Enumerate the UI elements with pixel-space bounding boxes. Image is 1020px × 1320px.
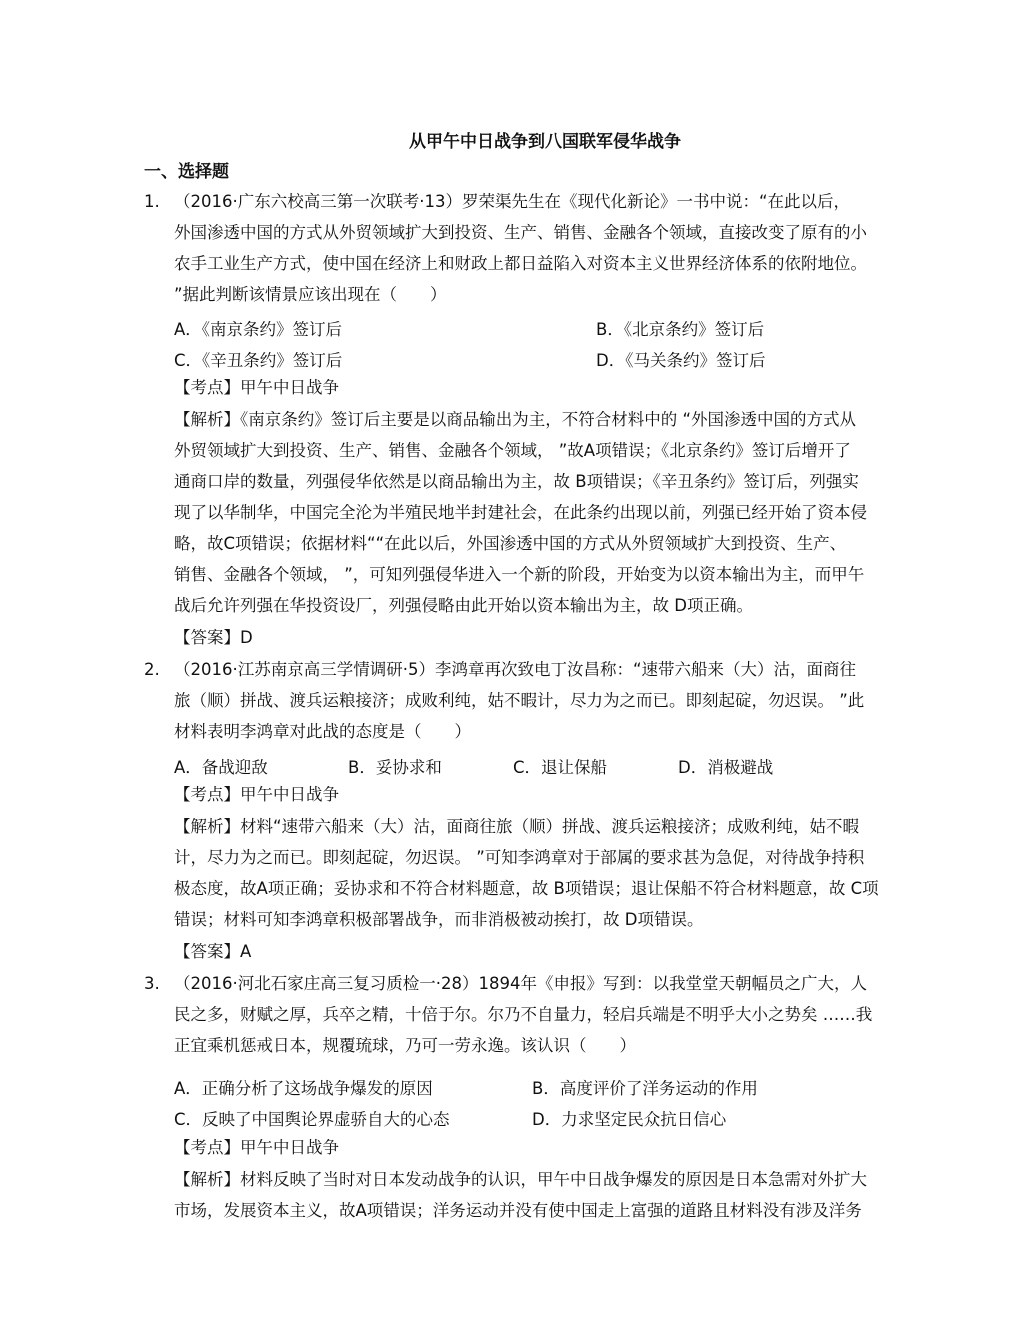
document-title: 从甲午中日战争到八国联军侵华战争 bbox=[0, 127, 1020, 152]
option-d: D．消极避战 bbox=[678, 754, 773, 778]
jiexi-line: 销售、金融各个领域， ”，可知列强侵华进入一个新的阶段，开始变为以资本输出为主，… bbox=[174, 565, 864, 585]
kaodian-label: 【考点】甲午中日战争 bbox=[174, 1138, 339, 1158]
option-c: C．退让保船 bbox=[513, 754, 607, 778]
jiexi-line: 战后允许列强在华投资设厂，列强侵略由此开始以资本输出为主，故 D项正确。 bbox=[174, 596, 753, 616]
question-stem-line: 材料表明李鸿章对此战的态度是（ ） bbox=[174, 722, 471, 742]
jiexi-line: 外贸领域扩大到投资、生产、销售、金融各个领域， ”故A项错误；《北京条约》签订后… bbox=[174, 441, 851, 461]
option-b: B．妥协求和 bbox=[348, 754, 442, 778]
jiexi-line: 通商口岸的数量，列强侵华依然是以商品输出为主，故 B项错误；《辛丑条约》签订后，… bbox=[174, 472, 859, 492]
question-number: 2. bbox=[144, 660, 160, 679]
option-c: C．《辛丑条约》签订后 bbox=[174, 347, 342, 371]
jiexi-line: 略，故C项错误；依据材料““在此以后，外国渗透中国的方式从外贸领域扩大到投资、生… bbox=[174, 534, 846, 554]
question-stem-line: 农手工业生产方式，使中国在经济上和财政上都日益陷入对资本主义世界经济体系的依附地… bbox=[174, 254, 867, 274]
option-a: A．《南京条约》签订后 bbox=[174, 316, 342, 340]
jiexi-line: 计，尽力为之而已。即刻起碇，勿迟误。 ”可知李鸿章对于部属的要求甚为急促，对待战… bbox=[174, 848, 864, 868]
jiexi-line: 【解析】材料“速带六船来（大）沽，面商往旅（顺）拼战、渡兵运粮接济；成败利纯，姑… bbox=[174, 817, 859, 837]
jiexi-line: 错误；材料可知李鸿章积极部署战争，而非消极被动挨打，故 D项错误。 bbox=[174, 910, 703, 930]
option-d: D．《马关条约》签订后 bbox=[596, 347, 765, 371]
kaodian-label: 【考点】甲午中日战争 bbox=[174, 378, 339, 398]
option-b: B．高度评价了洋务运动的作用 bbox=[532, 1075, 758, 1099]
question-stem-line: 民之多，财赋之厚，兵卒之精，十倍于尔。尔乃不自量力，轻启兵端是不明乎大小之势矣 … bbox=[174, 1005, 872, 1025]
option-b: B．《北京条约》签订后 bbox=[596, 316, 764, 340]
answer-label: 【答案】A bbox=[174, 942, 251, 962]
option-a: A．备战迎敌 bbox=[174, 754, 268, 778]
answer-label: 【答案】D bbox=[174, 628, 253, 648]
question-stem-line: ”据此判断该情景应该出现在（ ） bbox=[174, 285, 447, 305]
question-stem-line: （2016·广东六校高三第一次联考·13）罗荣渠先生在《现代化新论》一书中说：“… bbox=[174, 192, 850, 212]
question-number: 1. bbox=[144, 192, 160, 211]
jiexi-line: 【解析】材料反映了当时对日本发动战争的认识，甲午中日战争爆发的原因是日本急需对外… bbox=[174, 1170, 867, 1190]
document-page: 从甲午中日战争到八国联军侵华战争 一、选择题 1. （2016·广东六校高三第一… bbox=[0, 0, 1020, 1320]
jiexi-line: 极态度，故A项正确；妥协求和不符合材料题意，故 B项错误；退让保船不符合材料题意… bbox=[174, 879, 879, 899]
jiexi-line: 现了以华制华，中国完全沦为半殖民地半封建社会，在此条约出现以前，列强已经开始了资… bbox=[174, 503, 867, 523]
option-c: C．反映了中国舆论界虚骄自大的心态 bbox=[174, 1106, 450, 1130]
section-heading: 一、选择题 bbox=[144, 157, 229, 182]
question-stem-line: （2016·江苏南京高三学情调研·5）李鸿章再次致电丁汝昌称：“速带六船来（大）… bbox=[174, 660, 856, 680]
option-a: A．正确分析了这场战争爆发的原因 bbox=[174, 1075, 433, 1099]
question-stem-line: 外国渗透中国的方式从外贸领域扩大到投资、生产、销售、金融各个领域，直接改变了原有… bbox=[174, 223, 867, 243]
option-d: D．力求坚定民众抗日信心 bbox=[532, 1106, 726, 1130]
jiexi-line: 市场，发展资本主义，故A项错误；洋务运动并没有使中国走上富强的道路且材料没有涉及… bbox=[174, 1201, 862, 1221]
question-number: 3. bbox=[144, 974, 160, 993]
question-stem-line: 旅（顺）拼战、渡兵运粮接济；成败利纯，姑不暇计，尽力为之而已。即刻起碇，勿迟误。… bbox=[174, 691, 864, 711]
question-stem-line: 正宜乘机惩戒日本，规覆琉球，乃可一劳永逸。该认识（ ） bbox=[174, 1036, 636, 1056]
kaodian-label: 【考点】甲午中日战争 bbox=[174, 785, 339, 805]
question-stem-line: （2016·河北石家庄高三复习质检一·28）1894年《申报》写到：以我堂堂天朝… bbox=[174, 974, 867, 994]
jiexi-line: 【解析】《南京条约》签订后主要是以商品输出为主，不符合材料中的 “外国渗透中国的… bbox=[174, 410, 856, 430]
